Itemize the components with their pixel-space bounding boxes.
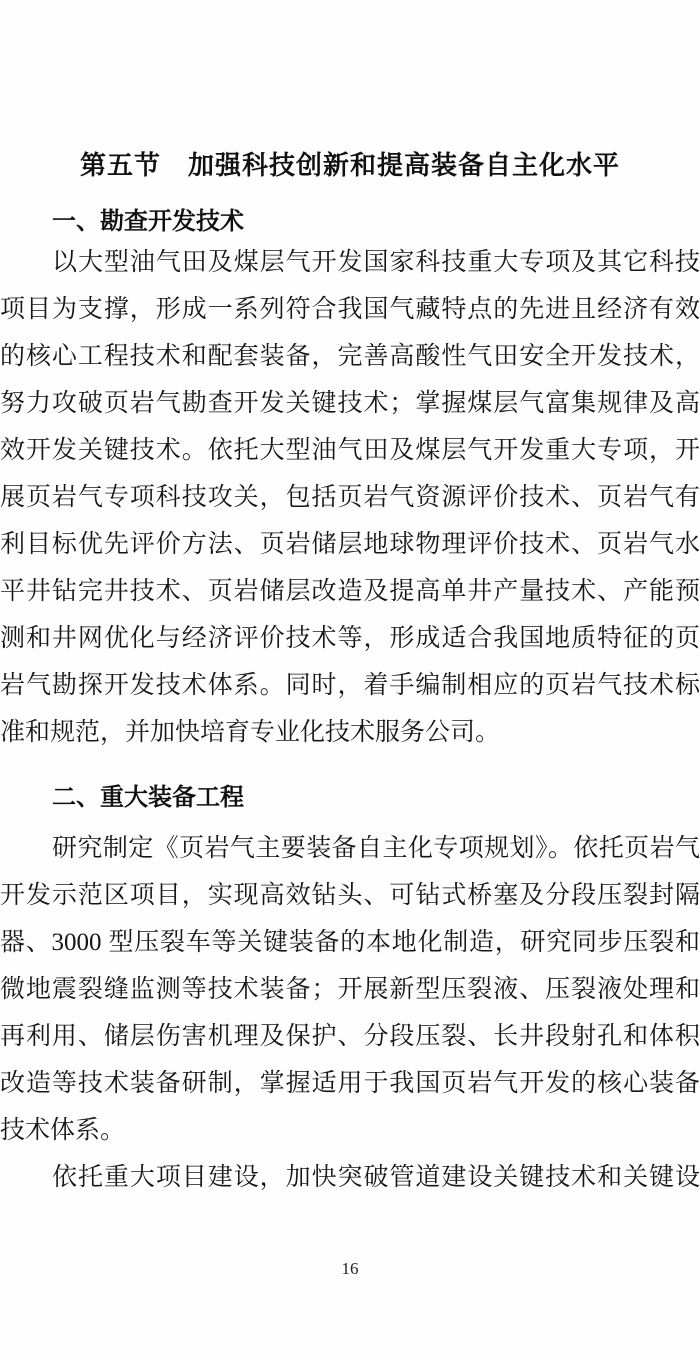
body-line: 改造等技术装备研制，掌握适用于我国页岩气开发的核心装备 bbox=[0, 1060, 700, 1107]
heading-survey-development-technology: 一、勘查开发技术 bbox=[52, 205, 700, 239]
body-line: 测和井网优化与经济评价技术等，形成适合我国地质特征的页 bbox=[0, 615, 700, 662]
body-line: 岩气勘探开发技术体系。同时，着手编制相应的页岩气技术标 bbox=[0, 662, 700, 709]
body-line: 器、3000 型压裂车等关键装备的本地化制造，研究同步压裂和 bbox=[0, 919, 700, 966]
body-line: 的核心工程技术和配套装备，完善高酸性气田安全开发技术， bbox=[0, 333, 700, 380]
body-line: 技术体系。 bbox=[0, 1107, 700, 1154]
paragraph-survey-development: 以大型油气田及煤层气开发国家科技重大专项及其它科技 项目为支撑，形成一系列符合我… bbox=[0, 239, 700, 756]
body-line: 再利用、储层伤害机理及保护、分段压裂、长井段射孔和体积 bbox=[0, 1013, 700, 1060]
section-title: 第五节 加强科技创新和提高装备自主化水平 bbox=[0, 0, 700, 183]
document-page: 第五节 加强科技创新和提高装备自主化水平 一、勘查开发技术 以大型油气田及煤层气… bbox=[0, 0, 700, 1358]
body-line: 依托重大项目建设，加快突破管道建设关键技术和关键设 bbox=[0, 1154, 700, 1201]
body-line: 展页岩气专项科技攻关，包括页岩气资源评价技术、页岩气有 bbox=[0, 474, 700, 521]
page-number: 16 bbox=[0, 1258, 700, 1280]
heading-major-equipment-project: 二、重大装备工程 bbox=[52, 781, 700, 815]
body-line: 微地震裂缝监测等技术装备；开展新型压裂液、压裂液处理和 bbox=[0, 966, 700, 1013]
body-line: 项目为支撑，形成一系列符合我国气藏特点的先进且经济有效 bbox=[0, 286, 700, 333]
body-line: 努力攻破页岩气勘查开发关键技术；掌握煤层气富集规律及高 bbox=[0, 380, 700, 427]
body-line: 平井钻完井技术、页岩储层改造及提高单井产量技术、产能预 bbox=[0, 568, 700, 615]
body-line: 研究制定《页岩气主要装备自主化专项规划》。依托页岩气 bbox=[0, 825, 700, 872]
paragraph-pipeline-construction: 依托重大项目建设，加快突破管道建设关键技术和关键设 bbox=[0, 1154, 700, 1201]
body-line: 准和规范，并加快培育专业化技术服务公司。 bbox=[0, 709, 700, 756]
body-line: 效开发关键技术。依托大型油气田及煤层气开发重大专项，开 bbox=[0, 427, 700, 474]
body-line: 利目标优先评价方法、页岩储层地球物理评价技术、页岩气水 bbox=[0, 521, 700, 568]
paragraph-major-equipment: 研究制定《页岩气主要装备自主化专项规划》。依托页岩气 开发示范区项目，实现高效钻… bbox=[0, 825, 700, 1154]
body-line: 开发示范区项目，实现高效钻头、可钻式桥塞及分段压裂封隔 bbox=[0, 872, 700, 919]
body-line: 以大型油气田及煤层气开发国家科技重大专项及其它科技 bbox=[0, 239, 700, 286]
